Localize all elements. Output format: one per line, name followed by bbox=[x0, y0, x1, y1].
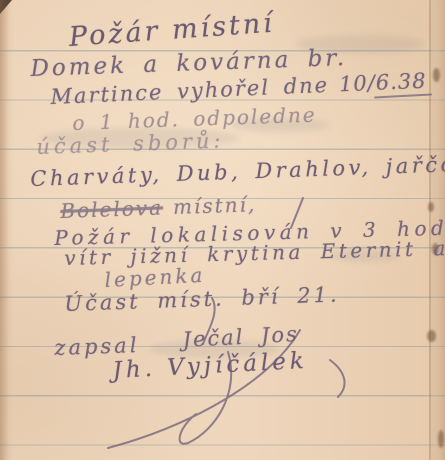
line-ucast-sboru: účast sborů: bbox=[36, 128, 225, 159]
edge-tear bbox=[428, 202, 434, 212]
byline-name: Ječal Jos bbox=[182, 322, 299, 352]
edge-tear bbox=[433, 68, 440, 82]
edge-tear bbox=[438, 430, 444, 448]
struck-word: Bolelova bbox=[60, 195, 163, 223]
line-villages: Charváty, Dub, Drahlov, jařčo. bbox=[30, 152, 445, 191]
page-title: Požár místní bbox=[68, 8, 276, 53]
line-mistni: Bolelovamístní, bbox=[60, 192, 257, 223]
signature: Jh. Vyjíčálek bbox=[112, 348, 308, 384]
fire-date: 10/6.38 bbox=[338, 69, 427, 97]
notebook-page: Požár místní Domek a kovárna br. Martinc… bbox=[0, 0, 445, 460]
left-binding-edge bbox=[0, 0, 9, 460]
byline-label: zapsal bbox=[54, 333, 140, 360]
edge-tear bbox=[427, 330, 436, 342]
line-mistni-text: místní, bbox=[173, 192, 257, 219]
